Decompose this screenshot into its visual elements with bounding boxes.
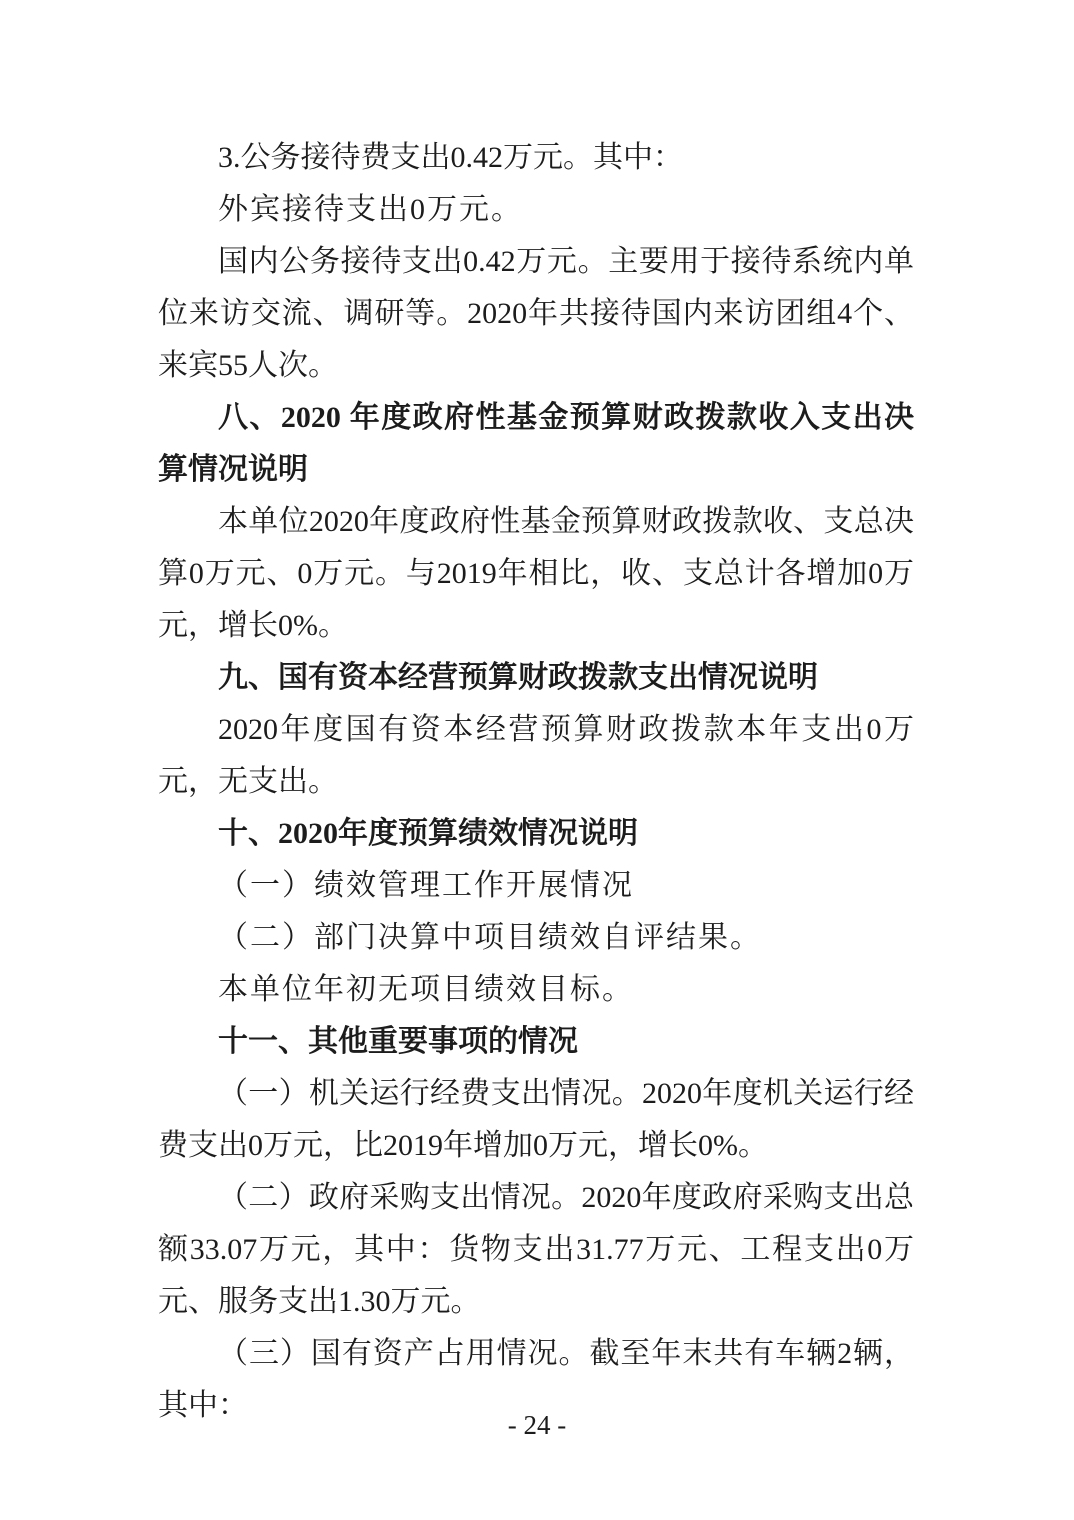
paragraph-government-procurement: （二）政府采购支出情况。2020年度政府采购支出总额33.07万元，其中：货物支… [158, 1172, 914, 1328]
paragraph-foreign-guest-reception: 外宾接待支出0万元。 [158, 184, 914, 236]
document-page: 3.公务接待费支出0.42万元。其中： 外宾接待支出0万元。 国内公务接待支出0… [0, 0, 1074, 1520]
paragraph-government-fund-budget: 本单位2020年度政府性基金预算财政拨款收、支总决算0万元、0万元。与2019年… [158, 496, 914, 652]
paragraph-no-performance-target: 本单位年初无项目绩效目标。 [158, 964, 914, 1016]
section-heading-11: 十一、其他重要事项的情况 [158, 1016, 914, 1068]
section-heading-9: 九、国有资本经营预算财政拨款支出情况说明 [158, 652, 914, 704]
paragraph-domestic-reception: 国内公务接待支出0.42万元。主要用于接待系统内单位来访交流、调研等。2020年… [158, 236, 914, 392]
section-heading-10: 十、2020年度预算绩效情况说明 [158, 808, 914, 860]
paragraph-state-capital-budget: 2020年度国有资本经营预算财政拨款本年支出0万元，无支出。 [158, 704, 914, 808]
document-content: 3.公务接待费支出0.42万元。其中： 外宾接待支出0万元。 国内公务接待支出0… [158, 132, 914, 1432]
paragraph-agency-operation-expense: （一）机关运行经费支出情况。2020年度机关运行经费支出0万元，比2019年增加… [158, 1068, 914, 1172]
paragraph-performance-management: （一）绩效管理工作开展情况 [158, 860, 914, 912]
page-number: - 24 - [0, 1408, 1074, 1442]
paragraph-performance-self-evaluation: （二）部门决算中项目绩效自评结果。 [158, 912, 914, 964]
section-heading-8: 八、2020 年度政府性基金预算财政拨款收入支出决算情况说明 [158, 392, 914, 496]
paragraph-official-reception-total: 3.公务接待费支出0.42万元。其中： [158, 132, 914, 184]
